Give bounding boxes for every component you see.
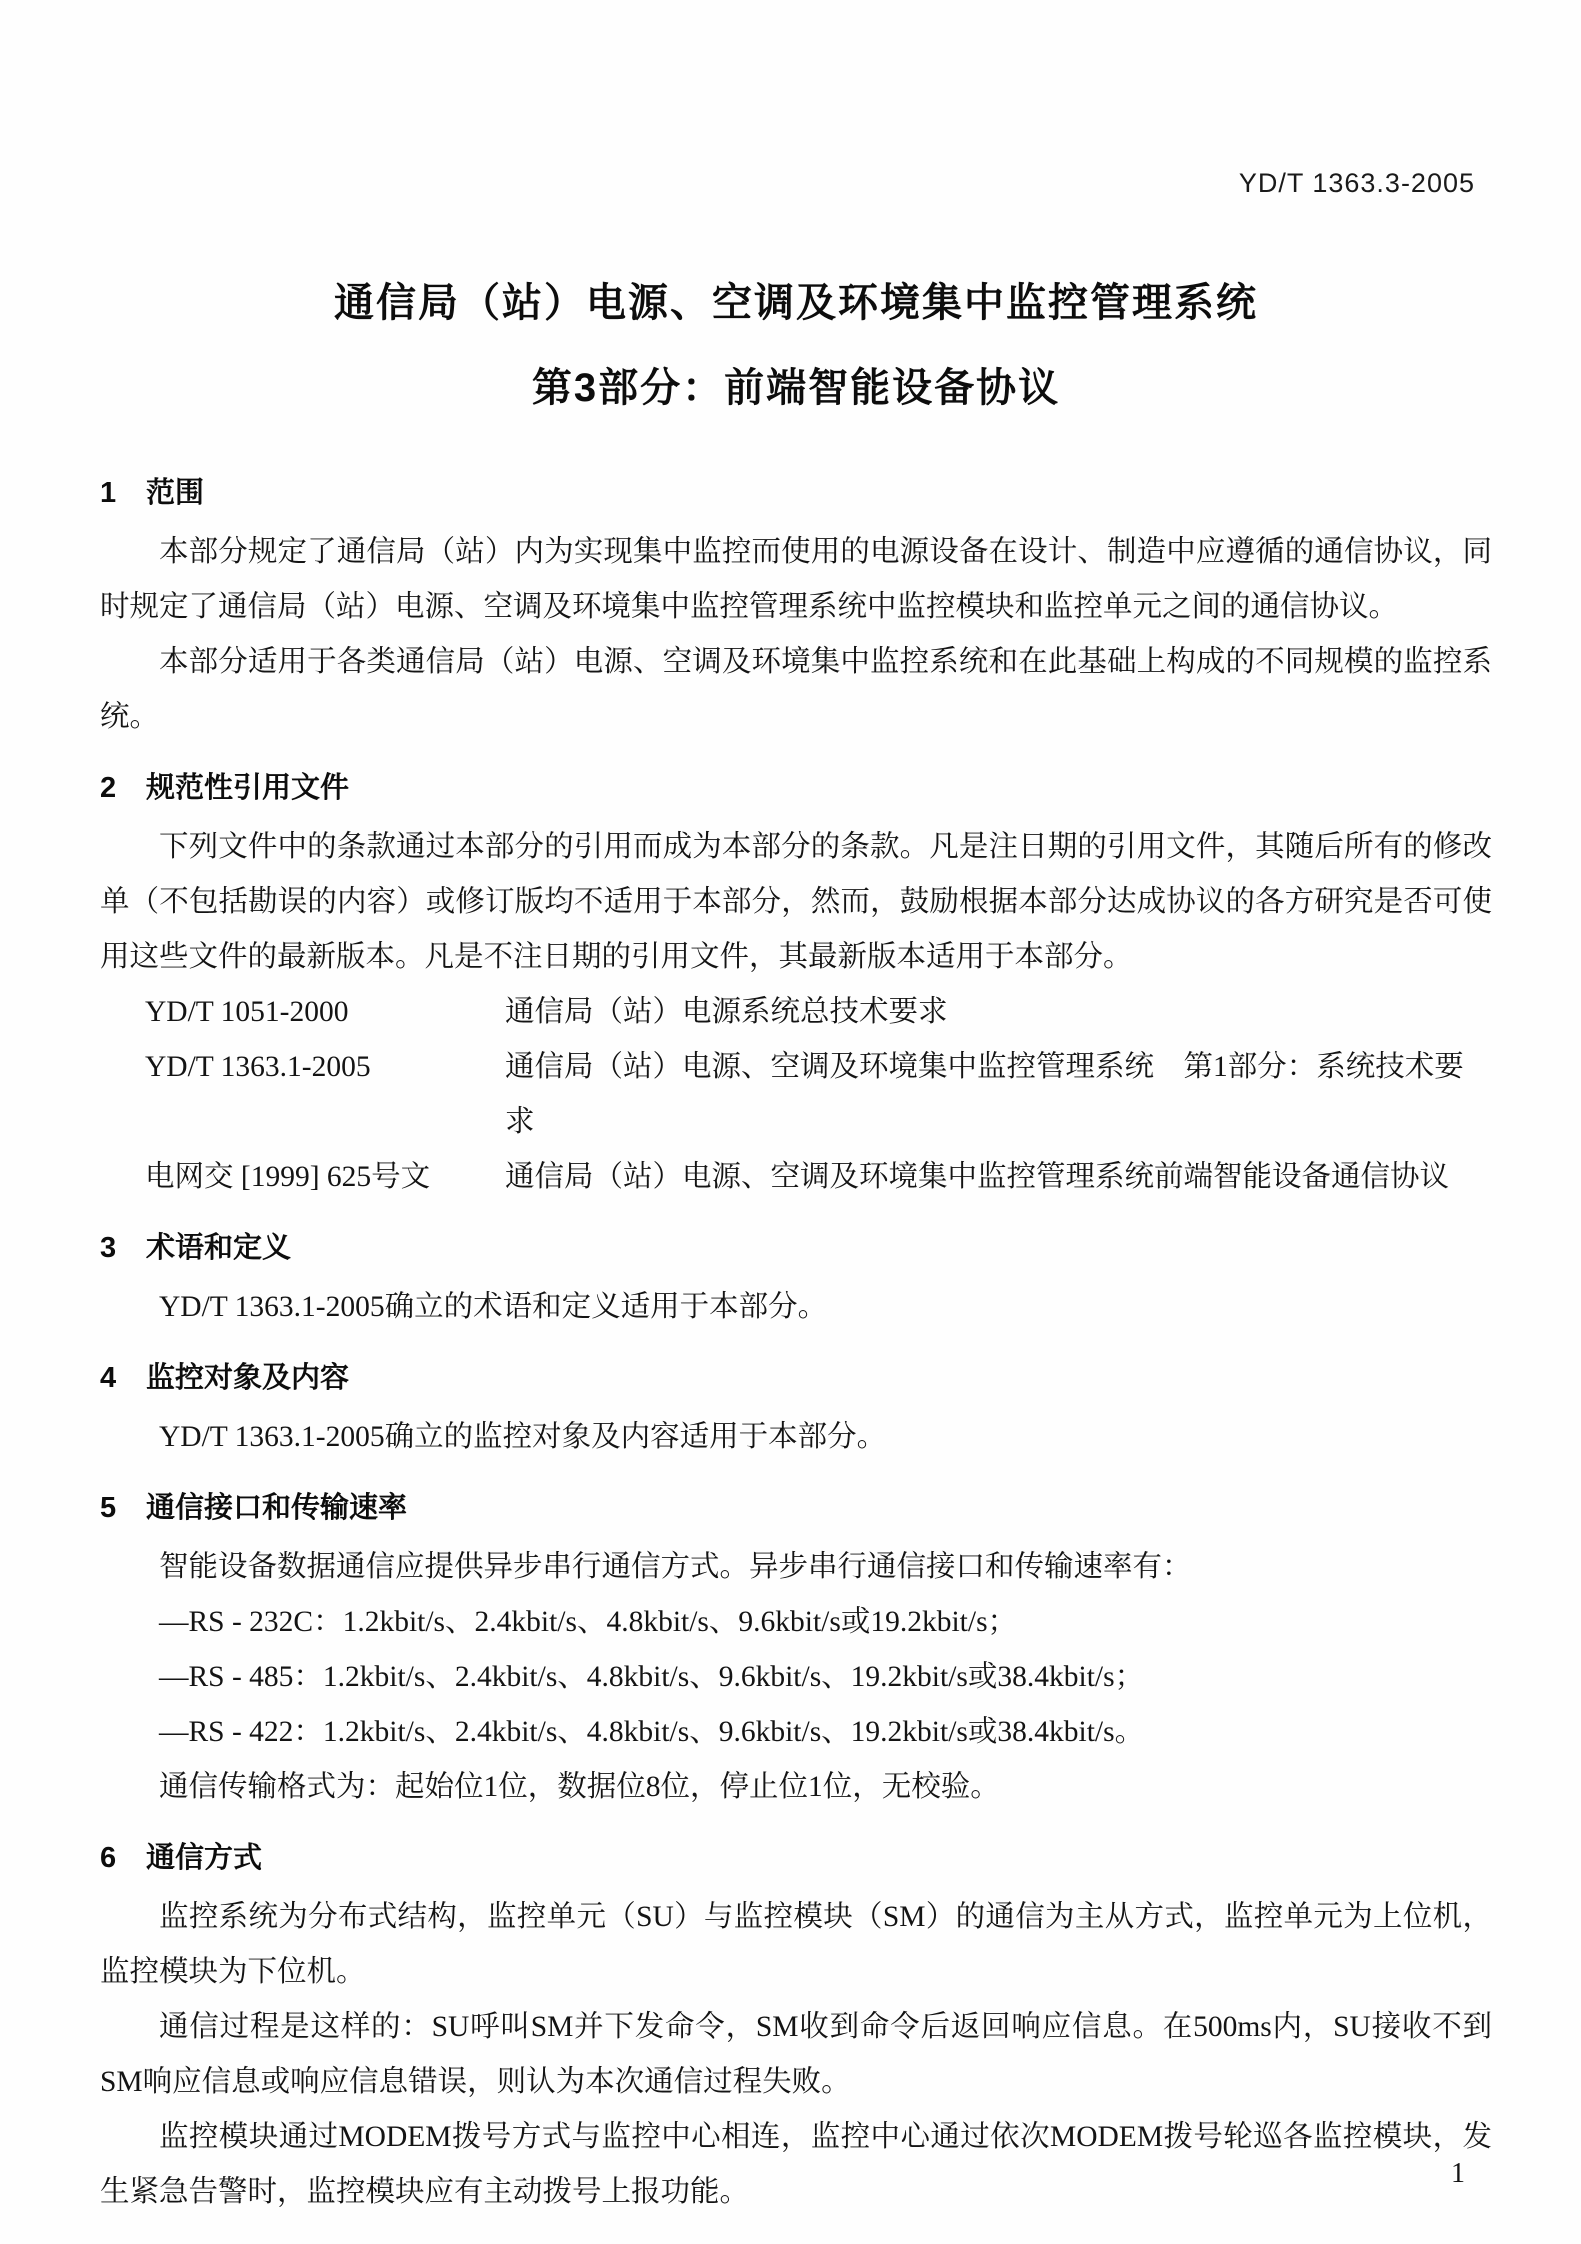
document-page: YD/T 1363.3-2005 通信局（站）电源、空调及环境集中监控管理系统 … — [0, 0, 1581, 2244]
list-item-rs485: —RS - 485：1.2kbit/s、2.4kbit/s、4.8kbit/s、… — [100, 1650, 1492, 1705]
reference-title: 通信局（站）电源系统总技术要求 — [505, 985, 1492, 1040]
section-heading-text: 术语和定义 — [146, 1232, 291, 1264]
section-6-heading: 6通信方式 — [100, 1831, 1492, 1886]
document-title: 通信局（站）电源、空调及环境集中监控管理系统 第3部分：前端智能设备协议 — [100, 261, 1492, 431]
section-3-heading: 3术语和定义 — [100, 1221, 1492, 1276]
paragraph: YD/T 1363.1-2005确立的术语和定义适用于本部分。 — [100, 1280, 1492, 1335]
section-number: 4 — [100, 1351, 146, 1406]
section-number: 5 — [100, 1481, 146, 1536]
reference-title: 通信局（站）电源、空调及环境集中监控管理系统 第1部分：系统技术要求 — [505, 1040, 1492, 1150]
reference-list: YD/T 1051-2000 通信局（站）电源系统总技术要求 YD/T 1363… — [100, 985, 1492, 1205]
paragraph: 下列文件中的条款通过本部分的引用而成为本部分的条款。凡是注日期的引用文件，其随后… — [100, 820, 1492, 985]
page-number: 1 — [1451, 2158, 1465, 2190]
section-heading-text: 监控对象及内容 — [146, 1362, 349, 1394]
reference-title: 通信局（站）电源、空调及环境集中监控管理系统前端智能设备通信协议 — [505, 1150, 1492, 1205]
section-heading-text: 通信方式 — [146, 1842, 262, 1874]
section-1-heading: 1范围 — [100, 466, 1492, 521]
paragraph: 监控系统为分布式结构，监控单元（SU）与监控模块（SM）的通信为主从方式，监控单… — [100, 1890, 1492, 2000]
paragraph: 监控模块通过MODEM拨号方式与监控中心相连，监控中心通过依次MODEM拨号轮巡… — [100, 2110, 1492, 2220]
section-heading-text: 规范性引用文件 — [146, 772, 349, 804]
paragraph: 通信传输格式为：起始位1位，数据位8位，停止位1位，无校验。 — [100, 1760, 1492, 1815]
section-heading-text: 通信接口和传输速率 — [146, 1492, 407, 1524]
document-title-line2: 第3部分：前端智能设备协议 — [100, 346, 1492, 431]
section-4-heading: 4监控对象及内容 — [100, 1351, 1492, 1406]
list-item-rs232: —RS - 232C：1.2kbit/s、2.4kbit/s、4.8kbit/s… — [100, 1595, 1492, 1650]
reference-code: YD/T 1051-2000 — [145, 985, 505, 1040]
section-number: 3 — [100, 1221, 146, 1276]
reference-item: YD/T 1051-2000 通信局（站）电源系统总技术要求 — [100, 985, 1492, 1040]
section-number: 6 — [100, 1831, 146, 1886]
paragraph: 本部分规定了通信局（站）内为实现集中监控而使用的电源设备在设计、制造中应遵循的通… — [100, 525, 1492, 635]
reference-item: YD/T 1363.1-2005 通信局（站）电源、空调及环境集中监控管理系统 … — [100, 1040, 1492, 1150]
paragraph: YD/T 1363.1-2005确立的监控对象及内容适用于本部分。 — [100, 1410, 1492, 1465]
section-number: 2 — [100, 761, 146, 816]
section-number: 1 — [100, 466, 146, 521]
paragraph: 智能设备数据通信应提供异步串行通信方式。异步串行通信接口和传输速率有： — [100, 1540, 1492, 1595]
reference-code: 电网交 [1999] 625号文 — [145, 1150, 505, 1205]
reference-code: YD/T 1363.1-2005 — [145, 1040, 505, 1150]
doc-number: YD/T 1363.3-2005 — [1239, 168, 1475, 199]
list-item-rs422: —RS - 422：1.2kbit/s、2.4kbit/s、4.8kbit/s、… — [100, 1705, 1492, 1760]
document-title-line1: 通信局（站）电源、空调及环境集中监控管理系统 — [100, 261, 1492, 346]
paragraph: 本部分适用于各类通信局（站）电源、空调及环境集中监控系统和在此基础上构成的不同规… — [100, 635, 1492, 745]
document-content: 通信局（站）电源、空调及环境集中监控管理系统 第3部分：前端智能设备协议 1范围… — [100, 261, 1492, 2220]
section-heading-text: 范围 — [146, 477, 204, 509]
reference-item: 电网交 [1999] 625号文 通信局（站）电源、空调及环境集中监控管理系统前… — [100, 1150, 1492, 1205]
section-5-heading: 5通信接口和传输速率 — [100, 1481, 1492, 1536]
paragraph: 通信过程是这样的：SU呼叫SM并下发命令，SM收到命令后返回响应信息。在500m… — [100, 2000, 1492, 2110]
section-2-heading: 2规范性引用文件 — [100, 761, 1492, 816]
